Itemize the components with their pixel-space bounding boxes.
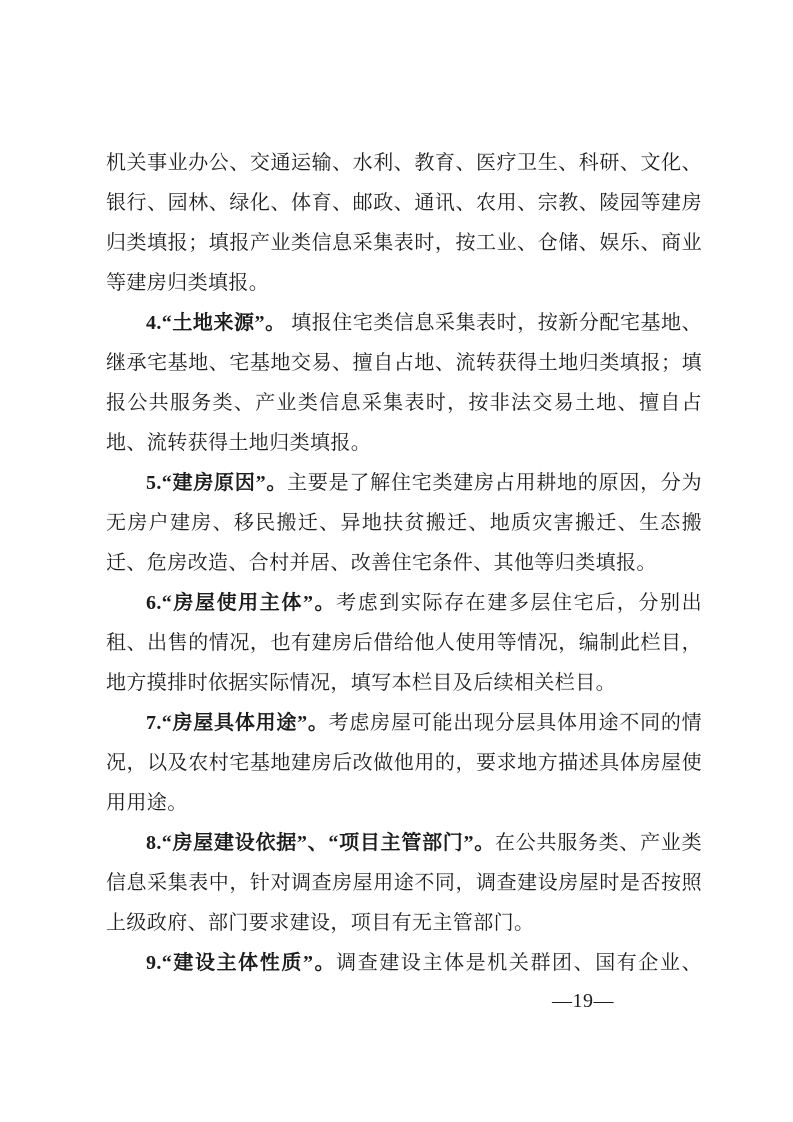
paragraph-8-construction-basis: 8.“房屋建设依据”、“项目主管部门”。在公共服务类、产业类信息采集表中，针对调…	[106, 823, 702, 943]
paragraph-text: 机关事业办公、交通运输、水利、教育、医疗卫生、科研、文化、银行、园林、绿化、体育…	[106, 152, 702, 294]
item-6-lead: 6.“房屋使用主体”。	[146, 592, 336, 614]
item-9-lead: 9.“建设主体性质”。	[146, 952, 336, 974]
page-number: —19—	[552, 989, 614, 1013]
paragraph-5-build-reason: 5.“建房原因”。主要是了解住宅类建房占用耕地的原因，分为无房户建房、移民搬迁、…	[106, 463, 702, 583]
document-page: 机关事业办公、交通运输、水利、教育、医疗卫生、科研、文化、银行、园林、绿化、体育…	[0, 0, 793, 1122]
paragraph-text: 调查建设主体是机关群团、国有企业、	[336, 952, 702, 974]
item-4-lead: 4.“土地来源”。	[146, 312, 286, 334]
paragraph-4-land-source: 4.“土地来源”。 填报住宅类信息采集表时，按新分配宅基地、继承宅基地、宅基地交…	[106, 303, 702, 463]
item-7-lead: 7.“房屋具体用途”。	[146, 712, 329, 734]
paragraph-9-builder-nature: 9.“建设主体性质”。调查建设主体是机关群团、国有企业、	[106, 943, 702, 983]
item-8-lead: 8.“房屋建设依据”、“项目主管部门”。	[146, 832, 495, 854]
paragraph-6-house-use-subject: 6.“房屋使用主体”。考虑到实际存在建多层住宅后，分别出租、出售的情况，也有建房…	[106, 583, 702, 703]
paragraph-7-house-specific-use: 7.“房屋具体用途”。考虑房屋可能出现分层具体用途不同的情况，以及农村宅基地建房…	[106, 703, 702, 823]
paragraph-building-category-continuation: 机关事业办公、交通运输、水利、教育、医疗卫生、科研、文化、银行、园林、绿化、体育…	[106, 143, 702, 303]
document-body: 机关事业办公、交通运输、水利、教育、医疗卫生、科研、文化、银行、园林、绿化、体育…	[106, 143, 702, 983]
item-5-lead: 5.“建房原因”。	[146, 472, 287, 494]
